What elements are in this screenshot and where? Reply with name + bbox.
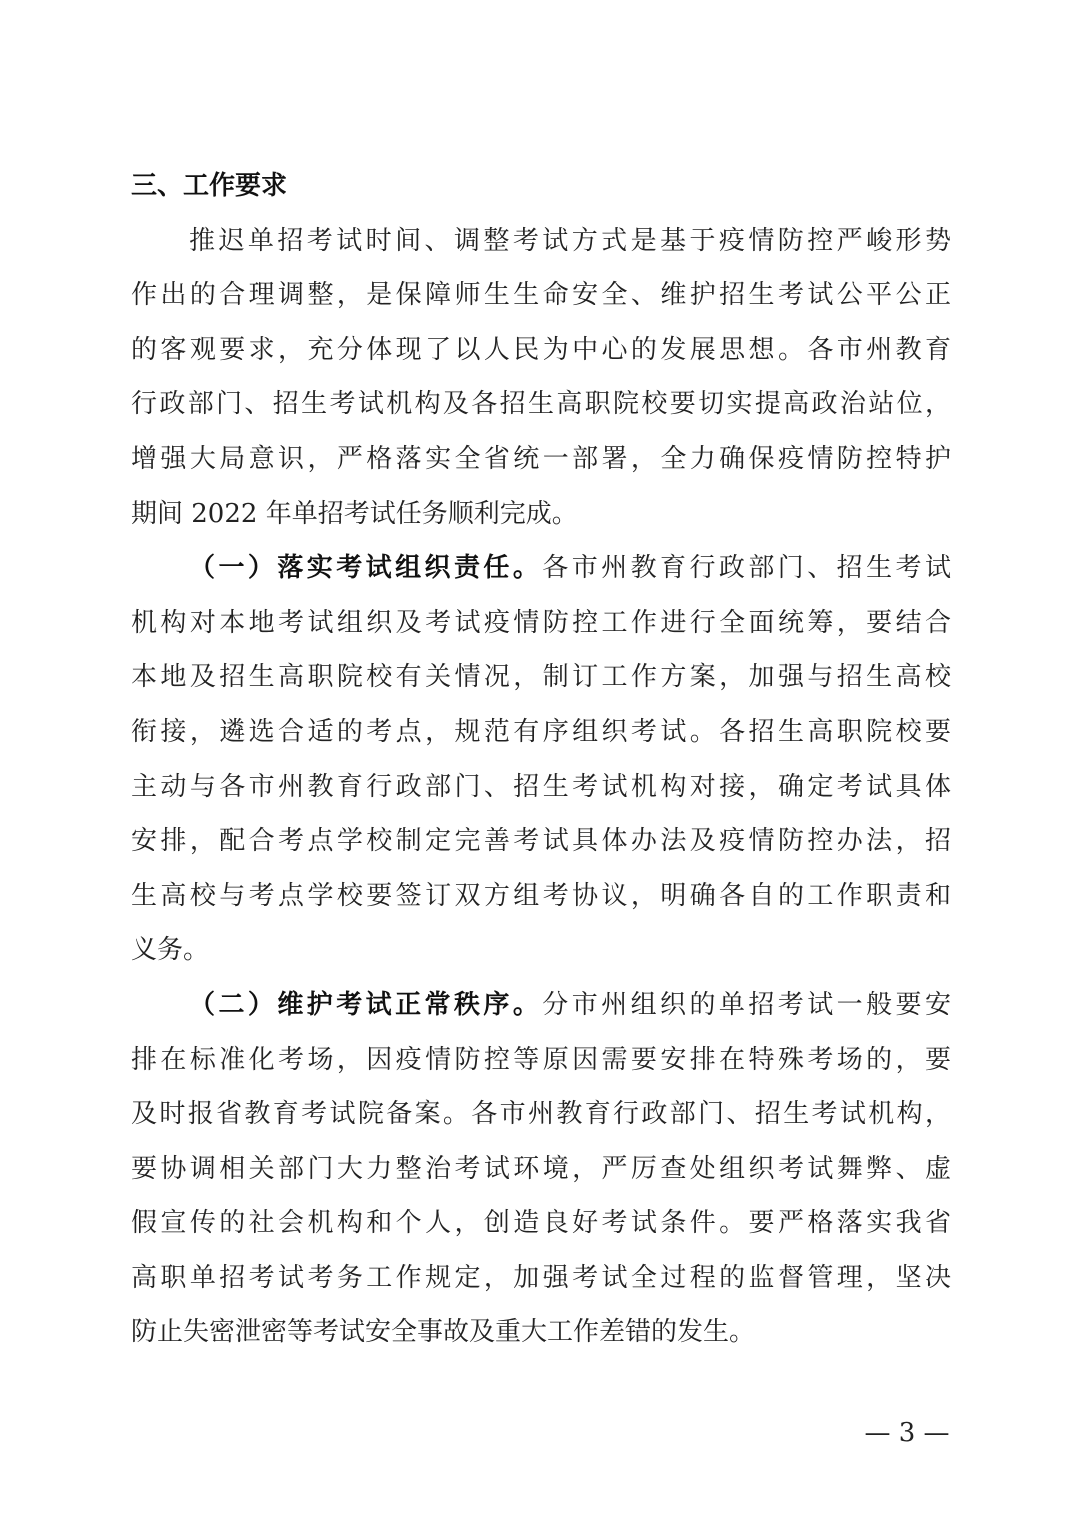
paragraph-line: 及时报省教育考试院备案。各市州教育行政部门、招生考试机构， xyxy=(131,1087,951,1142)
paragraph-line: 机构对本地考试组织及考试疫情防控工作进行全面统筹，要结合 xyxy=(131,596,951,651)
paragraph-line: 假宣传的社会机构和个人，创造良好考试条件。要严格落实我省 xyxy=(131,1196,951,1251)
paragraph-general-requirements: 推迟单招考试时间、调整考试方式是基于疫情防控严峻形势 作出的合理调整，是保障师生… xyxy=(131,214,951,542)
paragraph-line: 高职单招考试考务工作规定，加强考试全过程的监督管理，坚决 xyxy=(131,1251,951,1306)
document-body: 三、工作要求 推迟单招考试时间、调整考试方式是基于疫情防控严峻形势 作出的合理调… xyxy=(131,159,951,1360)
document-page: 三、工作要求 推迟单招考试时间、调整考试方式是基于疫情防控严峻形势 作出的合理调… xyxy=(0,0,1080,1527)
paragraph-line: 防止失密泄密等考试安全事故及重大工作差错的发生。 xyxy=(131,1305,951,1360)
subheading-exam-order: （二）维护考试正常秩序。 xyxy=(189,990,542,1020)
paragraph-line: 主动与各市州教育行政部门、招生考试机构对接，确定考试具体 xyxy=(131,760,951,815)
paragraph-line: 衔接，遴选合适的考点，规范有序组织考试。各招生高职院校要 xyxy=(131,705,951,760)
paragraph-line: 行政部门、招生考试机构及各招生高职院校要切实提高政治站位， xyxy=(131,377,951,432)
paragraph-line: 作出的合理调整，是保障师生生命安全、维护招生考试公平公正 xyxy=(131,268,951,323)
section-heading: 三、工作要求 xyxy=(131,159,951,214)
paragraph-line-rest: 各市州教育行政部门、招生考试 xyxy=(542,553,951,583)
paragraph-line: 增强大局意识，严格落实全省统一部署，全力确保疫情防控特护 xyxy=(131,432,951,487)
paragraph-line: 义务。 xyxy=(131,923,951,978)
paragraph-line: 排在标准化考场，因疫情防控等原因需要安排在特殊考场的，要 xyxy=(131,1033,951,1088)
paragraph-first-line: （一）落实考试组织责任。各市州教育行政部门、招生考试 xyxy=(131,541,951,596)
paragraph-line: 安排，配合考点学校制定完善考试具体办法及疫情防控办法，招 xyxy=(131,814,951,869)
paragraph-line: 生高校与考点学校要签订双方组考协议，明确各自的工作职责和 xyxy=(131,869,951,924)
paragraph-line: 要协调相关部门大力整治考试环境，严厉查处组织考试舞弊、虚 xyxy=(131,1142,951,1197)
paragraph-exam-organization: （一）落实考试组织责任。各市州教育行政部门、招生考试 机构对本地考试组织及考试疫… xyxy=(131,541,951,978)
paragraph-line-rest: 分市州组织的单招考试一般要安 xyxy=(542,990,951,1020)
paragraph-first-line: （二）维护考试正常秩序。分市州组织的单招考试一般要安 xyxy=(131,978,951,1033)
paragraph-line: 推迟单招考试时间、调整考试方式是基于疫情防控严峻形势 xyxy=(131,214,951,269)
paragraph-line: 本地及招生高职院校有关情况，制订工作方案，加强与招生高校 xyxy=(131,650,951,705)
paragraph-line: 期间 2022 年单招考试任务顺利完成。 xyxy=(131,487,951,542)
page-number: — 3 — xyxy=(862,1418,952,1448)
subheading-exam-organization: （一）落实考试组织责任。 xyxy=(189,553,542,583)
paragraph-line: 的客观要求，充分体现了以人民为中心的发展思想。各市州教育 xyxy=(131,323,951,378)
paragraph-exam-order: （二）维护考试正常秩序。分市州组织的单招考试一般要安 排在标准化考场，因疫情防控… xyxy=(131,978,951,1360)
